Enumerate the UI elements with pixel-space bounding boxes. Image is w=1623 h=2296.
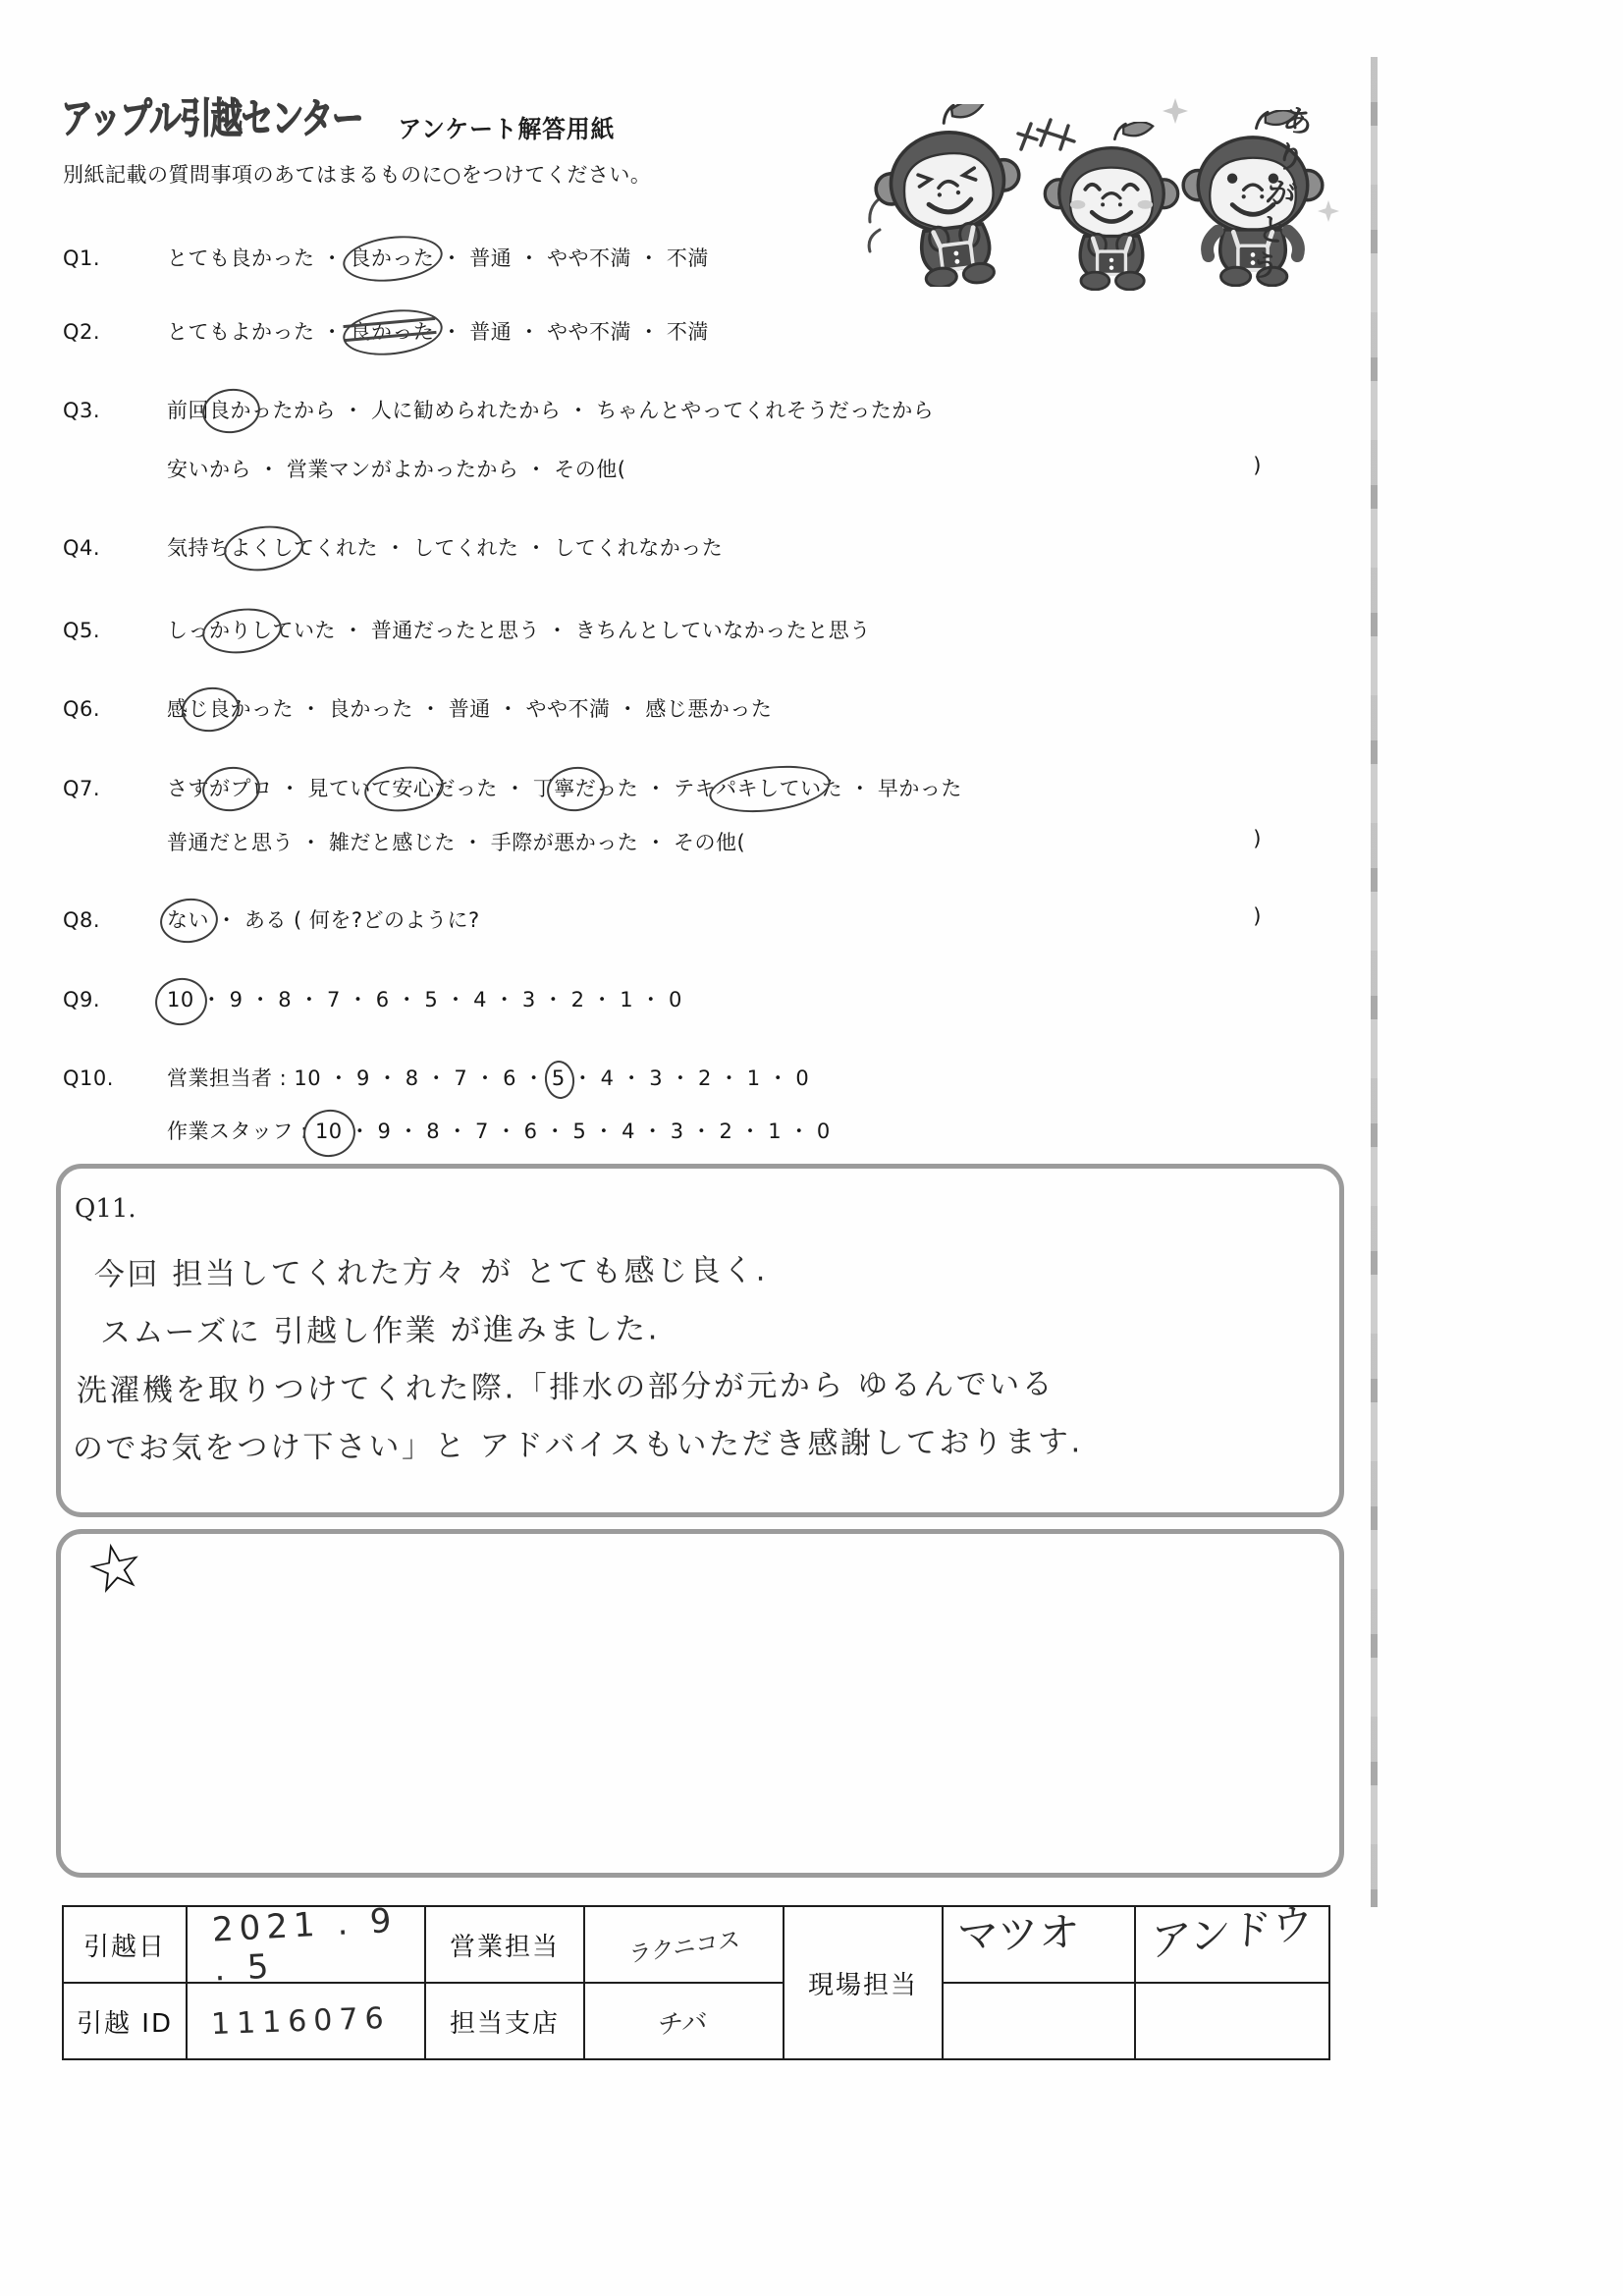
q11-comment-box: Q11. 今回 担当してくれた方々 が とても感じ良く. スムーズに 引越し作業… <box>56 1164 1344 1517</box>
option-text: 安いから ・ 営業マンがよかったから ・ その他( <box>167 454 625 483</box>
closing-paren: ) <box>1253 454 1262 483</box>
question-q3-line2: 安いから ・ 営業マンがよかったから ・ その他() <box>167 454 1262 483</box>
circled-answer: パキしてい <box>716 773 822 802</box>
move-date-label: 引越日 <box>64 1907 188 1984</box>
question-number: Q5. <box>63 619 167 642</box>
monkey-mascot-laughing-icon <box>870 104 1029 287</box>
circled-answer: じ良 <box>189 693 231 723</box>
scan-edge-artifact <box>1371 57 1378 1907</box>
sales-rep-label: 営業担当 <box>426 1907 585 1984</box>
option-text: ・ ある ( 何を?どのように? <box>209 908 480 932</box>
question-q10: Q10.営業担当者 : 10 ・ 9 ・ 8 ・ 7 ・ 6 ・ 5 ・ 4 ・… <box>63 1063 809 1092</box>
question-number: Q11. <box>75 1194 1339 1224</box>
scanned-survey-page: アップル引越センター アンケート解答用紙 別紙記載の質問事項のあてはまるものに○… <box>0 0 1623 2296</box>
question-number: Q10. <box>63 1066 167 1090</box>
monkey-mascot-smiling-icon <box>1037 122 1186 291</box>
move-date-value: 2021 . 9 . 5 <box>188 1907 426 1984</box>
option-text: 普通だと思う ・ 雑だと感じた ・ 手際が悪かった ・ その他( <box>167 827 745 856</box>
move-id-label: 引越 ID <box>64 1984 188 2060</box>
mascot-illustration: ありがとう <box>864 98 1355 304</box>
site-staff-value-2: アンドウ <box>1136 1907 1330 1984</box>
option-text: 気持ち <box>167 536 231 560</box>
question-number: Q7. <box>63 777 167 800</box>
question-q10-line2: 作業スタッフ : 10 ・ 9 ・ 8 ・ 7 ・ 6 ・ 5 ・ 4 ・ 3 … <box>167 1116 831 1145</box>
circled-scribbled-answer: 良かった <box>350 316 434 346</box>
sales-rep-value: ラクニコス <box>585 1907 784 1984</box>
site-staff-value-1: マツオ <box>944 1907 1136 1984</box>
option-text: ・ 4 ・ 3 ・ 2 ・ 1 ・ 0 <box>566 1066 810 1090</box>
circled-answer: 5 <box>552 1066 566 1090</box>
option-text: かった ・ 良かった ・ 普通 ・ やや不満 ・ 感じ悪かった <box>231 697 773 721</box>
question-q7-line2: 普通だと思う ・ 雑だと感じた ・ 手際が悪かった ・ その他() <box>167 827 1262 856</box>
option-text: ロ ・ 見てい <box>251 777 371 800</box>
question-number: Q8. <box>63 908 167 932</box>
form-title: アンケート解答用紙 <box>398 110 615 145</box>
circled-answer: 良か <box>209 395 251 424</box>
option-text: だった ・ 丁 <box>434 777 554 800</box>
option-text: ったから ・ 人に勧められたから ・ ちゃんとやってくれそうだったから <box>251 399 934 422</box>
question-q2: Q2.とてもよかった ・ 良かった ・ 普通 ・ やや不満 ・ 不満 <box>63 316 709 346</box>
option-text: とてもよかった ・ <box>167 320 350 344</box>
option-text: てくれた ・ してくれた ・ してくれなかった <box>294 536 723 560</box>
option-text: た ・ 早かった <box>822 777 962 800</box>
handwritten-line: のでお気をつけ下さい」と アドバイスもいただき感謝しております. <box>73 1414 1339 1481</box>
circled-answer: ない <box>167 904 209 934</box>
sparkle-icon <box>1318 200 1339 222</box>
question-number: Q6. <box>63 697 167 721</box>
question-q7: Q7.さすがプロ ・ 見ていて安心だった ・ 丁寧だった ・ テキパキしていた … <box>63 773 962 802</box>
handwritten-line: 今回 担当してくれた方々 が とても感じ良く. <box>94 1241 1339 1308</box>
star-mark: ☆ <box>81 1531 151 1607</box>
question-number: Q2. <box>63 320 167 344</box>
option-text: ・ 普通 ・ やや不満 ・ 不満 <box>434 320 709 344</box>
header: アップル引越センター アンケート解答用紙 <box>61 86 689 145</box>
question-number: Q1. <box>63 246 167 270</box>
brand-logo: アップル引越センター <box>61 86 362 145</box>
move-id-value: 1116076 <box>188 1984 426 2060</box>
site-staff-label: 現場担当 <box>784 1907 944 2060</box>
question-q3: Q3.前回良かったから ・ 人に勧められたから ・ ちゃんとやってくれそうだった… <box>63 395 934 424</box>
branch-label: 担当支店 <box>426 1984 585 2060</box>
option-text: ・ 9 ・ 8 ・ 7 ・ 6 ・ 5 ・ 4 ・ 3 ・ 2 ・ 1 ・ 0 <box>343 1120 831 1143</box>
question-q4: Q4.気持ちよくしてくれた ・ してくれた ・ してくれなかった <box>63 532 723 562</box>
handwritten-line: スムーズに 引越し作業 が進みました. <box>100 1299 1339 1366</box>
empty-cell <box>1136 1984 1330 2060</box>
handwritten-comment: 今回 担当してくれた方々 が とても感じ良く. スムーズに 引越し作業 が進みま… <box>61 1245 1339 1477</box>
circled-answer: 良かった <box>350 243 434 272</box>
option-text: 感 <box>167 697 189 721</box>
circled-answer: 寧だ <box>554 773 596 802</box>
option-text: ていた ・ 普通だったと思う ・ きちんとしていなかったと思う <box>273 619 871 642</box>
question-q6: Q6.感じ良かった ・ 良かった ・ 普通 ・ やや不満 ・ 感じ悪かった <box>63 693 772 723</box>
circled-answer: 10 <box>315 1120 343 1143</box>
option-text: ・ 9 ・ 8 ・ 7 ・ 6 ・ 5 ・ 4 ・ 3 ・ 2 ・ 1 ・ 0 <box>194 988 682 1011</box>
closing-paren: ) <box>1253 827 1262 856</box>
question-q1: Q1.とても良かった ・ 良かった ・ 普通 ・ やや不満 ・ 不満 <box>63 243 709 272</box>
question-number: Q4. <box>63 536 167 560</box>
closing-paren: ) <box>1253 904 1262 934</box>
handwritten-line: 洗濯機を取りつけてくれた際.「排水の部分が元から ゆるんでいる <box>77 1357 1339 1424</box>
option-text: とても良かった ・ <box>167 246 350 270</box>
option-text: 営業担当者 : 10 ・ 9 ・ 8 ・ 7 ・ 6 ・ <box>167 1066 552 1090</box>
question-q8: Q8.ない ・ ある ( 何を?どのように?) <box>63 904 1262 934</box>
option-text: った ・ テキ <box>596 777 716 800</box>
instruction-text: 別紙記載の質問事項のあてはまるものに○をつけてください。 <box>63 159 651 189</box>
circled-answer: て安心 <box>371 773 435 802</box>
question-number: Q3. <box>63 399 167 422</box>
extra-comment-box: ☆ <box>56 1529 1344 1878</box>
circled-answer: かりし <box>209 615 273 644</box>
footer-info-table: 引越日 2021 . 9 . 5 営業担当 ラクニコス 現場担当 マツオ アンド… <box>62 1905 1330 2060</box>
option-text: さす <box>167 777 209 800</box>
circled-answer: 10 <box>167 988 194 1011</box>
option-text: 前回 <box>167 399 209 422</box>
circled-answer: よくし <box>231 532 295 562</box>
option-text: 作業スタッフ : <box>167 1120 315 1143</box>
option-text: しっ <box>167 619 209 642</box>
empty-cell <box>944 1984 1136 2060</box>
question-q5: Q5.しっかりしていた ・ 普通だったと思う ・ きちんとしていなかったと思う <box>63 615 871 644</box>
circled-answer: がプ <box>209 773 251 802</box>
branch-value: チバ <box>585 1984 784 2060</box>
option-text: ・ 普通 ・ やや不満 ・ 不満 <box>434 246 709 270</box>
question-number: Q9. <box>63 988 167 1011</box>
question-q9: Q9.10 ・ 9 ・ 8 ・ 7 ・ 6 ・ 5 ・ 4 ・ 3 ・ 2 ・ … <box>63 984 682 1013</box>
